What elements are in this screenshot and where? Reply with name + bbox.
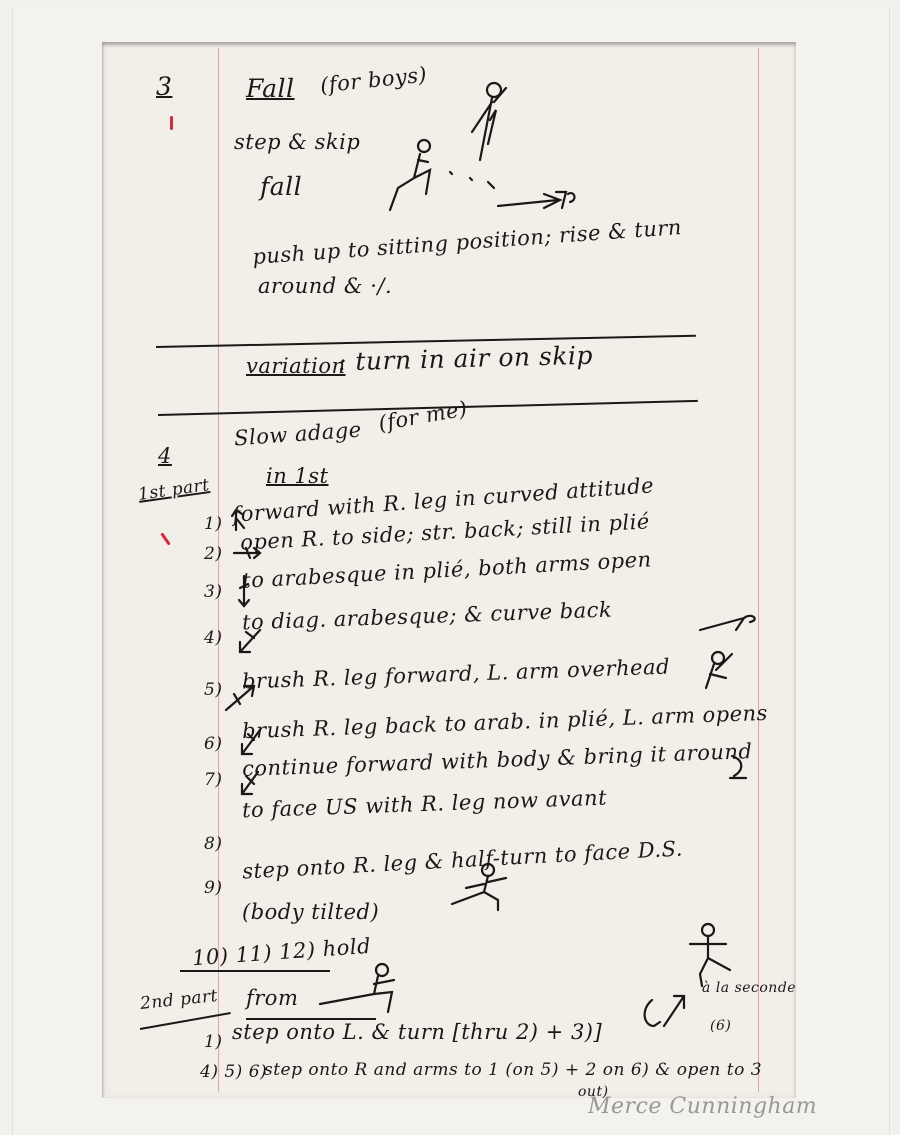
step-text: (body tilted) <box>242 900 379 924</box>
stick-figure-jumping-icon <box>464 80 524 170</box>
arrow-forward-icon <box>230 508 252 532</box>
stick-figure-from-icon <box>318 960 408 1020</box>
section-3-number: 3 <box>156 72 172 101</box>
part-2-from: from <box>246 986 298 1010</box>
part-2-step-number: 4) 5) 6) <box>200 1062 267 1082</box>
step-number: 7) <box>204 770 222 790</box>
a-la-seconde-label: à la seconde <box>702 980 796 996</box>
section-4-title: Slow adage <box>233 418 362 451</box>
red-margin-mark-2 <box>160 532 170 545</box>
arrow-diag-back-icon <box>238 728 262 756</box>
section-3-line-3: push up to sitting position; rise & turn <box>252 215 683 269</box>
step-number: 2) <box>204 544 222 564</box>
hold-underline <box>180 970 330 972</box>
step-number: 1) <box>204 514 222 534</box>
step-number: 8) <box>204 834 222 854</box>
arrow-diag-back-icon <box>238 770 260 796</box>
part-2-label: 2nd part <box>139 986 219 1014</box>
variation-label: variation <box>246 354 345 378</box>
stick-figure-around-icon <box>728 754 748 780</box>
fall-trajectory-icon <box>448 168 588 218</box>
section-3-line-1: step & skip <box>234 130 360 154</box>
stick-figure-curve-back-icon <box>698 604 758 634</box>
section-3-line-4: around & ·/. <box>258 274 392 298</box>
step-text: brush R. leg forward, L. arm overhead <box>242 655 671 694</box>
step-number: 9) <box>204 878 222 898</box>
section-3-title-note: (for boys) <box>319 62 428 97</box>
variation-text: : turn in air on skip <box>338 341 594 377</box>
arrow-down-icon <box>236 574 254 608</box>
notebook-page: 3 Fall (for boys) step & skip fall push … <box>108 48 792 1092</box>
stick-figure-falling-icon <box>388 138 448 218</box>
a-la-seconde-count: (6) <box>710 1018 731 1034</box>
step-number: 5) <box>204 680 222 700</box>
step-number: 3) <box>204 582 222 602</box>
step-text: continue forward with body & bring it ar… <box>242 739 753 781</box>
stick-figure-arm-overhead-icon <box>698 648 734 694</box>
section-3-title: Fall <box>246 74 295 103</box>
section-4-number: 4 <box>158 444 172 468</box>
red-margin-mark <box>170 116 173 130</box>
stick-figure-tilted-icon <box>448 860 528 920</box>
step-number: 4) <box>204 628 222 648</box>
step-text: to face US with R. leg now avant <box>242 786 608 823</box>
part-2-step-text: step onto L. & turn [thru 2) + 3)] <box>232 1020 602 1044</box>
arrow-diag-back-icon <box>236 628 262 654</box>
arrow-diag-forward-icon <box>224 682 258 712</box>
artist-signature: Merce Cunningham <box>588 1094 817 1119</box>
step-text: brush R. leg back to arab. in plié, L. a… <box>242 701 769 743</box>
section-4-part-label: 1st part <box>137 475 211 505</box>
part-2-step-text: step onto R and arms to 1 (on 5) + 2 on … <box>264 1060 762 1080</box>
turn-arrow-icon <box>638 990 694 1032</box>
right-margin-line <box>758 48 759 1092</box>
section-3-line-2: fall <box>260 172 302 201</box>
step-text: to arabesque in plié, both arms open <box>242 547 653 592</box>
left-margin-line <box>218 48 219 1092</box>
arrow-side-icon <box>232 546 262 560</box>
section-4-subtitle: in 1st <box>266 464 329 488</box>
step-text: to diag. arabesque; & curve back <box>242 598 613 635</box>
section-4-title-note: (for me) <box>377 396 470 435</box>
part-2-step-number: 1) <box>204 1032 222 1052</box>
step-number: 6) <box>204 734 222 754</box>
